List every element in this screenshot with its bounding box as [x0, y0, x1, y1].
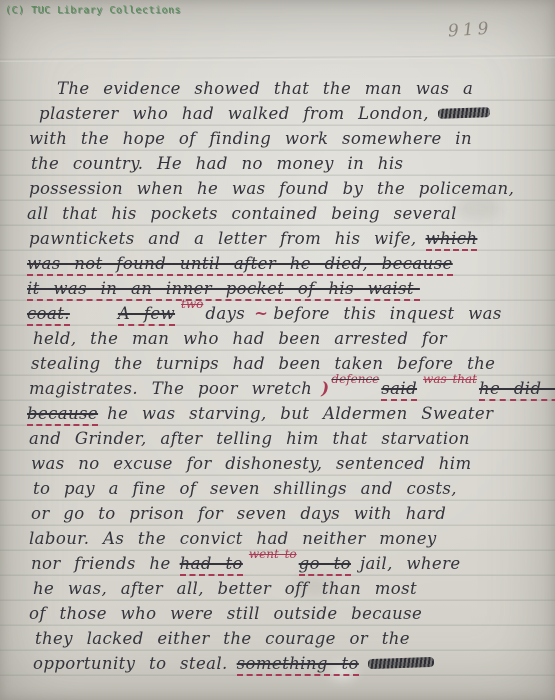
manuscript-segment: ): [321, 379, 329, 398]
manuscript-page: (C) TUC Library Collections 919 The evid…: [0, 0, 555, 700]
manuscript-line: plasterer who had walked from London,: [27, 101, 547, 126]
manuscript-line: to pay a fine of seven shillings and cos…: [27, 476, 547, 501]
manuscript-segment: before this inquest was: [273, 304, 501, 323]
manuscript-line: pawntickets and a letter from his wife,w…: [27, 226, 547, 251]
manuscript-segment: to pay a fine of seven shillings and cos…: [33, 479, 457, 498]
manuscript-segment: jail, where: [360, 554, 461, 573]
manuscript-segment: was not found until after he died, becau…: [27, 254, 453, 276]
manuscript-segment: pawntickets and a letter from his wife,: [29, 229, 417, 248]
manuscript-segment: said: [381, 379, 417, 401]
scribbled-out-word: [368, 657, 434, 669]
manuscript-line: The evidence showed that the man was a: [27, 76, 547, 101]
manuscript-line: all that his pockets contained being sev…: [27, 201, 547, 226]
manuscript-segment: which: [426, 229, 478, 251]
manuscript-segment: of those who were still outside because: [29, 604, 422, 623]
manuscript-segment: held, the man who had been arrested for: [33, 329, 447, 348]
manuscript-segment: coat.: [27, 304, 70, 326]
manuscript-line: opportunity to steal.something to: [27, 651, 547, 676]
manuscript-line: held, the man who had been arrested for: [27, 326, 547, 351]
manuscript-segment: went to: [249, 548, 297, 560]
manuscript-segment: possession when he was found by the poli…: [29, 179, 514, 198]
page-number: 919: [447, 18, 493, 41]
manuscript-segment: opportunity to steal.: [33, 654, 228, 673]
manuscript-line: of those who were still outside because: [27, 601, 547, 626]
manuscript-segment: nor friends he: [31, 554, 171, 573]
manuscript-text: The evidence showed that the man was apl…: [27, 76, 547, 676]
manuscript-segment: he did it: [479, 379, 555, 401]
manuscript-segment: he was, after all, better off than most: [33, 579, 417, 598]
manuscript-segment: magistrates. The poor wretch: [29, 379, 312, 398]
manuscript-line: they lacked either the courage or the: [27, 626, 547, 651]
manuscript-segment: ~: [254, 304, 268, 323]
manuscript-segment: A few: [118, 304, 175, 326]
manuscript-line: possession when he was found by the poli…: [27, 176, 547, 201]
manuscript-line: nor friends hehad towent togo tojail, wh…: [27, 551, 547, 576]
manuscript-segment: was that: [423, 373, 477, 385]
manuscript-segment: go to: [299, 554, 351, 576]
manuscript-line: it was in an inner pocket of his waist-: [27, 276, 547, 301]
manuscript-segment: and Grinder, after telling him that star…: [29, 429, 470, 448]
manuscript-segment: because: [27, 404, 98, 426]
manuscript-segment: with the hope of finding work somewhere …: [29, 129, 472, 148]
manuscript-line: was no excuse for dishonesty, sentenced …: [27, 451, 547, 476]
manuscript-segment: he was starving, but Aldermen Sweater: [107, 404, 493, 423]
manuscript-line: with the hope of finding work somewhere …: [27, 126, 547, 151]
manuscript-segment: plasterer who had walked from London,: [39, 104, 429, 123]
manuscript-segment: The evidence showed that the man was a: [57, 79, 473, 98]
scribbled-word: [438, 107, 490, 119]
manuscript-line: becausehe was starving, but Aldermen Swe…: [27, 401, 547, 426]
library-watermark: (C) TUC Library Collections: [5, 5, 181, 16]
manuscript-segment: all that his pockets contained being sev…: [27, 204, 457, 223]
manuscript-segment: two: [181, 298, 203, 310]
manuscript-line: and Grinder, after telling him that star…: [27, 426, 547, 451]
manuscript-line: the country. He had no money in his: [27, 151, 547, 176]
manuscript-line: was not found until after he died, becau…: [27, 251, 547, 276]
manuscript-segment: labour. As the convict had neither money: [29, 529, 437, 548]
manuscript-segment: days: [205, 304, 245, 323]
manuscript-segment: it was in an inner pocket of his waist-: [27, 279, 420, 301]
manuscript-segment: or go to prison for seven days with hard: [31, 504, 446, 523]
manuscript-line: magistrates. The poor wretch)defencesaid…: [27, 376, 547, 401]
manuscript-line: or go to prison for seven days with hard: [27, 501, 547, 526]
paper-crease: [0, 55, 555, 62]
manuscript-segment: was no excuse for dishonesty, sentenced …: [31, 454, 472, 473]
manuscript-segment: defence: [331, 373, 379, 385]
manuscript-segment: they lacked either the courage or the: [35, 629, 410, 648]
manuscript-line: coat.A fewtwodays~before this inquest wa…: [27, 301, 547, 326]
manuscript-line: he was, after all, better off than most: [27, 576, 547, 601]
manuscript-segment: stealing the turnips had been taken befo…: [31, 354, 495, 373]
manuscript-segment: the country. He had no money in his: [31, 154, 403, 173]
manuscript-segment: something to: [237, 654, 359, 676]
manuscript-segment: had to: [180, 554, 243, 576]
